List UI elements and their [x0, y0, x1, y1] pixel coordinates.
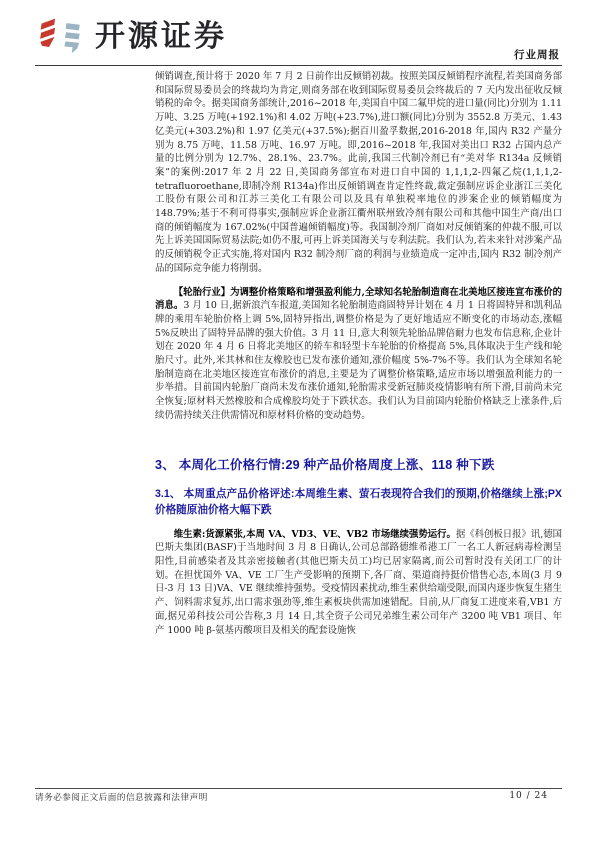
brand-name: 开源证券	[95, 16, 227, 58]
brand-logo: 开源证券	[35, 16, 227, 58]
section-3-heading: 3、 本周化工价格行情:29 种产品价格周度上涨、118 种下跌	[155, 454, 562, 473]
report-page: 开源证券 行业周报 倾销调查,预计将于 2020 年 7 月 2 日前作出反倾销…	[0, 0, 596, 842]
page-number: 10 / 24	[509, 791, 562, 801]
section-3-1-heading: 3.1、 本周重点产品价格评述:本周维生素、萤石表现符合我们的预期,价格继续上涨…	[155, 486, 562, 519]
kaiyuan-logo-icon	[35, 16, 87, 58]
paragraph-vitamin-rest: 据《科创板日报》讯,德国巴斯夫集团(BASF)于当地时间 3 月 8 日确认,公…	[155, 529, 562, 636]
paragraph-vitamin: 维生素:货源紧张,本周 VA、VD3、VE、VB2 市场继续强势运行。据《科创板…	[155, 528, 562, 638]
paragraph-vitamin-lead: 维生素:货源紧张,本周 VA、VD3、VE、VB2 市场继续强势运行。	[174, 529, 456, 540]
paragraph-tire-rest: 3 月 10 日,据新浪汽车报道,美国知名轮胎制造商固特异计划在 4 月 1 日…	[155, 300, 562, 421]
page-footer: 请务必参阅正文后面的信息披露和法律声明 10 / 24	[35, 788, 562, 803]
report-type-label: 行业周报	[514, 47, 560, 62]
paragraph-antidumping: 倾销调查,预计将于 2020 年 7 月 2 日前作出反倾销初裁。按照美国反倾销…	[155, 70, 562, 276]
page-header: 开源证券 行业周报	[35, 12, 562, 66]
paragraph-tire-industry: 【轮胎行业】为调整价格策略和增强盈利能力,全球知名轮胎制造商在北美地区接连宣布涨…	[155, 286, 562, 423]
footer-disclaimer: 请务必参阅正文后面的信息披露和法律声明	[35, 791, 208, 803]
report-body: 倾销调查,预计将于 2020 年 7 月 2 日前作出反倾销初裁。按照美国反倾销…	[155, 69, 562, 637]
